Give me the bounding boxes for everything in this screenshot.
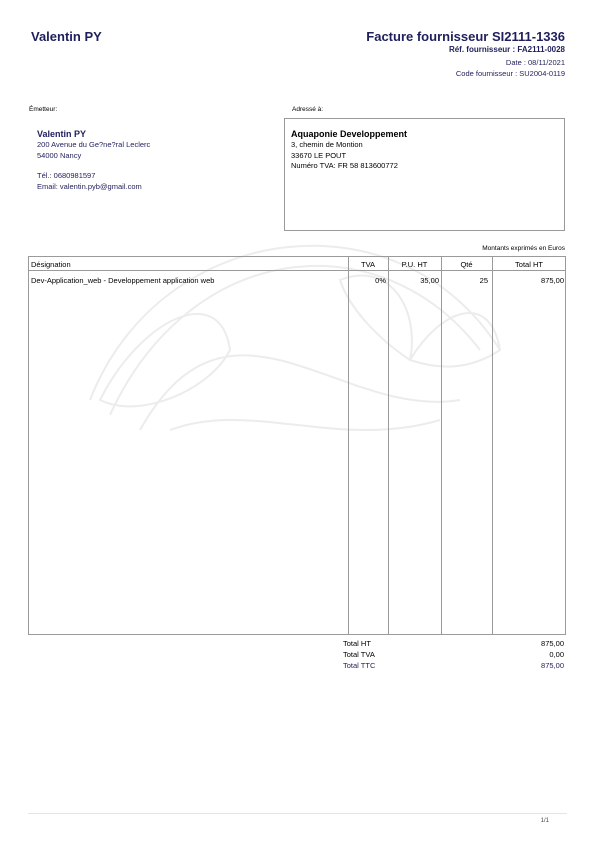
sender-address1: 200 Avenue du Ge?ne?ral Leclerc	[37, 140, 150, 151]
row-total-ht: 875,00	[492, 276, 564, 285]
invoice-date: Date : 08/11/2021	[506, 58, 565, 67]
sender-name-header: Valentin PY	[31, 29, 102, 44]
row-pu-ht: 35,00	[388, 276, 439, 285]
sender-address2: 54000 Nancy	[37, 151, 150, 162]
page-number: 1/1	[541, 818, 549, 824]
total-ttc-label: Total TTC	[343, 661, 375, 670]
invoice-title: Facture fournisseur SI2111-1336	[366, 29, 565, 44]
sender-name: Valentin PY	[37, 129, 150, 140]
recipient-address1: 3, chemin de Montion	[291, 140, 407, 151]
recipient-block: Aquaponie Developpement 3, chemin de Mon…	[291, 129, 407, 172]
col-divider	[441, 256, 442, 635]
sender-email: Email: valentin.pyb@gmail.com	[37, 182, 150, 193]
total-ht-label: Total HT	[343, 639, 371, 648]
col-header-total-ht: Total HT	[492, 260, 566, 269]
footer-divider	[28, 813, 567, 814]
table-header-divider	[28, 270, 566, 271]
total-ttc-value: 875,00	[480, 661, 564, 670]
col-header-designation: Désignation	[31, 260, 71, 269]
total-tva-value: 0,00	[480, 650, 564, 659]
col-header-tva: TVA	[348, 260, 388, 269]
row-designation: Dev-Application_web - Developpement appl…	[31, 276, 214, 285]
sender-block: Valentin PY 200 Avenue du Ge?ne?ral Lecl…	[37, 129, 150, 192]
invoice-lines-table	[28, 256, 566, 635]
supplier-code: Code fournisseur : SU2004-0119	[456, 69, 565, 78]
currency-note: Montants exprimés en Euros	[482, 245, 565, 252]
row-tva: 0%	[348, 276, 386, 285]
sender-label: Émetteur:	[29, 106, 57, 113]
recipient-address2: 33670 LE POUT	[291, 151, 407, 162]
total-ht-value: 875,00	[480, 639, 564, 648]
col-header-qty: Qté	[441, 260, 492, 269]
total-tva-label: Total TVA	[343, 650, 375, 659]
col-divider	[388, 256, 389, 635]
col-divider	[492, 256, 493, 635]
recipient-name: Aquaponie Developpement	[291, 129, 407, 140]
recipient-vat: Numéro TVA: FR 58 813600772	[291, 161, 407, 172]
col-divider	[348, 256, 349, 635]
recipient-label: Adressé à:	[292, 106, 323, 113]
supplier-ref: Réf. fournisseur : FA2111-0028	[449, 45, 565, 54]
sender-phone: Tél.: 0680981597	[37, 171, 150, 182]
col-header-pu-ht: P.U. HT	[388, 260, 441, 269]
row-qty: 25	[441, 276, 488, 285]
